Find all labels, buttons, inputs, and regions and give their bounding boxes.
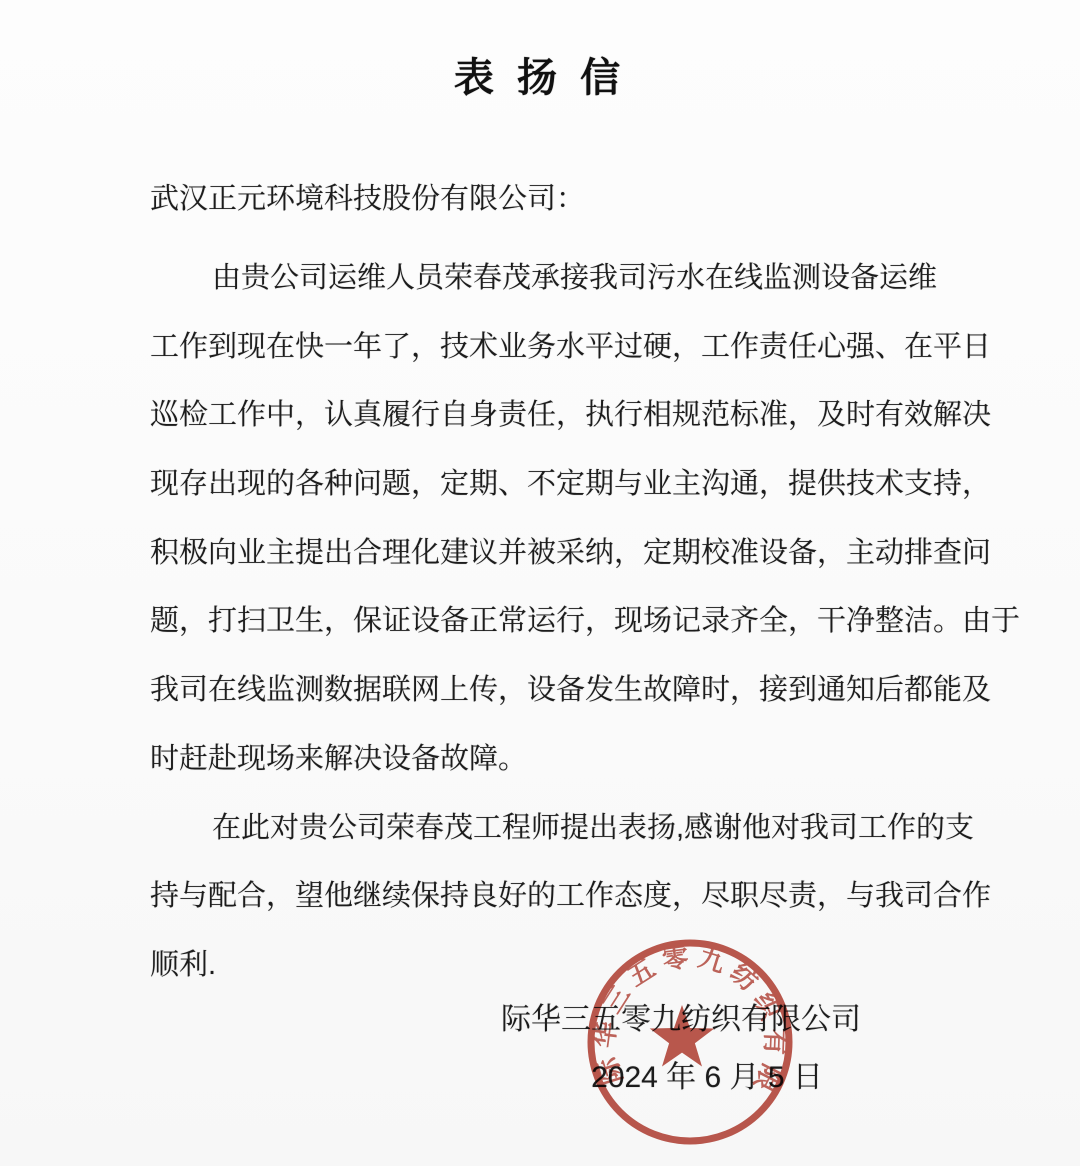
star-icon xyxy=(650,1005,715,1067)
letter-body: 由贵公司运维人员荣春茂承接我司污水在线监测设备运维工作到现在快一年了，技术业务水… xyxy=(150,244,930,1000)
body-line: 工作到现在快一年了，技术业务水平过硬，工作责任心强、在平日 xyxy=(150,313,930,382)
body-line: 题，打扫卫生，保证设备正常运行，现场记录齐全，干净整洁。由于 xyxy=(150,587,930,656)
addressee-line: 武汉正元环境科技股份有限公司： xyxy=(150,181,970,217)
body-line: 由贵公司运维人员荣春茂承接我司污水在线监测设备运维 xyxy=(150,244,930,313)
body-line: 积极向业主提出合理化建议并被采纳，定期校准设备，主动排查问 xyxy=(150,519,930,588)
body-line: 我司在线监测数据联网上传，设备发生故障时，接到通知后都能及 xyxy=(150,656,930,725)
body-line: 顺利. xyxy=(150,931,930,1000)
body-line: 持与配合，望他继续保持良好的工作态度，尽职尽责，与我司合作 xyxy=(150,862,930,931)
body-line: 时赶赴现场来解决设备故障。 xyxy=(150,725,930,794)
body-line: 巡检工作中，认真履行自身责任，执行相规范标准，及时有效解决 xyxy=(150,381,930,450)
company-seal: 际华三五零九纺织有限公司 xyxy=(584,933,798,1151)
letter-page: 表 扬 信 武汉正元环境科技股份有限公司： 由贵公司运维人员荣春茂承接我司污水在… xyxy=(0,0,1080,1166)
body-line: 现存出现的各种问题，定期、不定期与业主沟通，提供技术支持， xyxy=(150,450,930,519)
svg-text:际华三五零九纺织有限公司: 际华三五零九纺织有限公司 xyxy=(584,933,790,1102)
seal-arc-text: 际华三五零九纺织有限公司 xyxy=(584,933,790,1102)
body-line: 在此对贵公司荣春茂工程师提出表扬,感谢他对我司工作的支 xyxy=(150,794,930,863)
letter-title: 表 扬 信 xyxy=(150,46,930,103)
